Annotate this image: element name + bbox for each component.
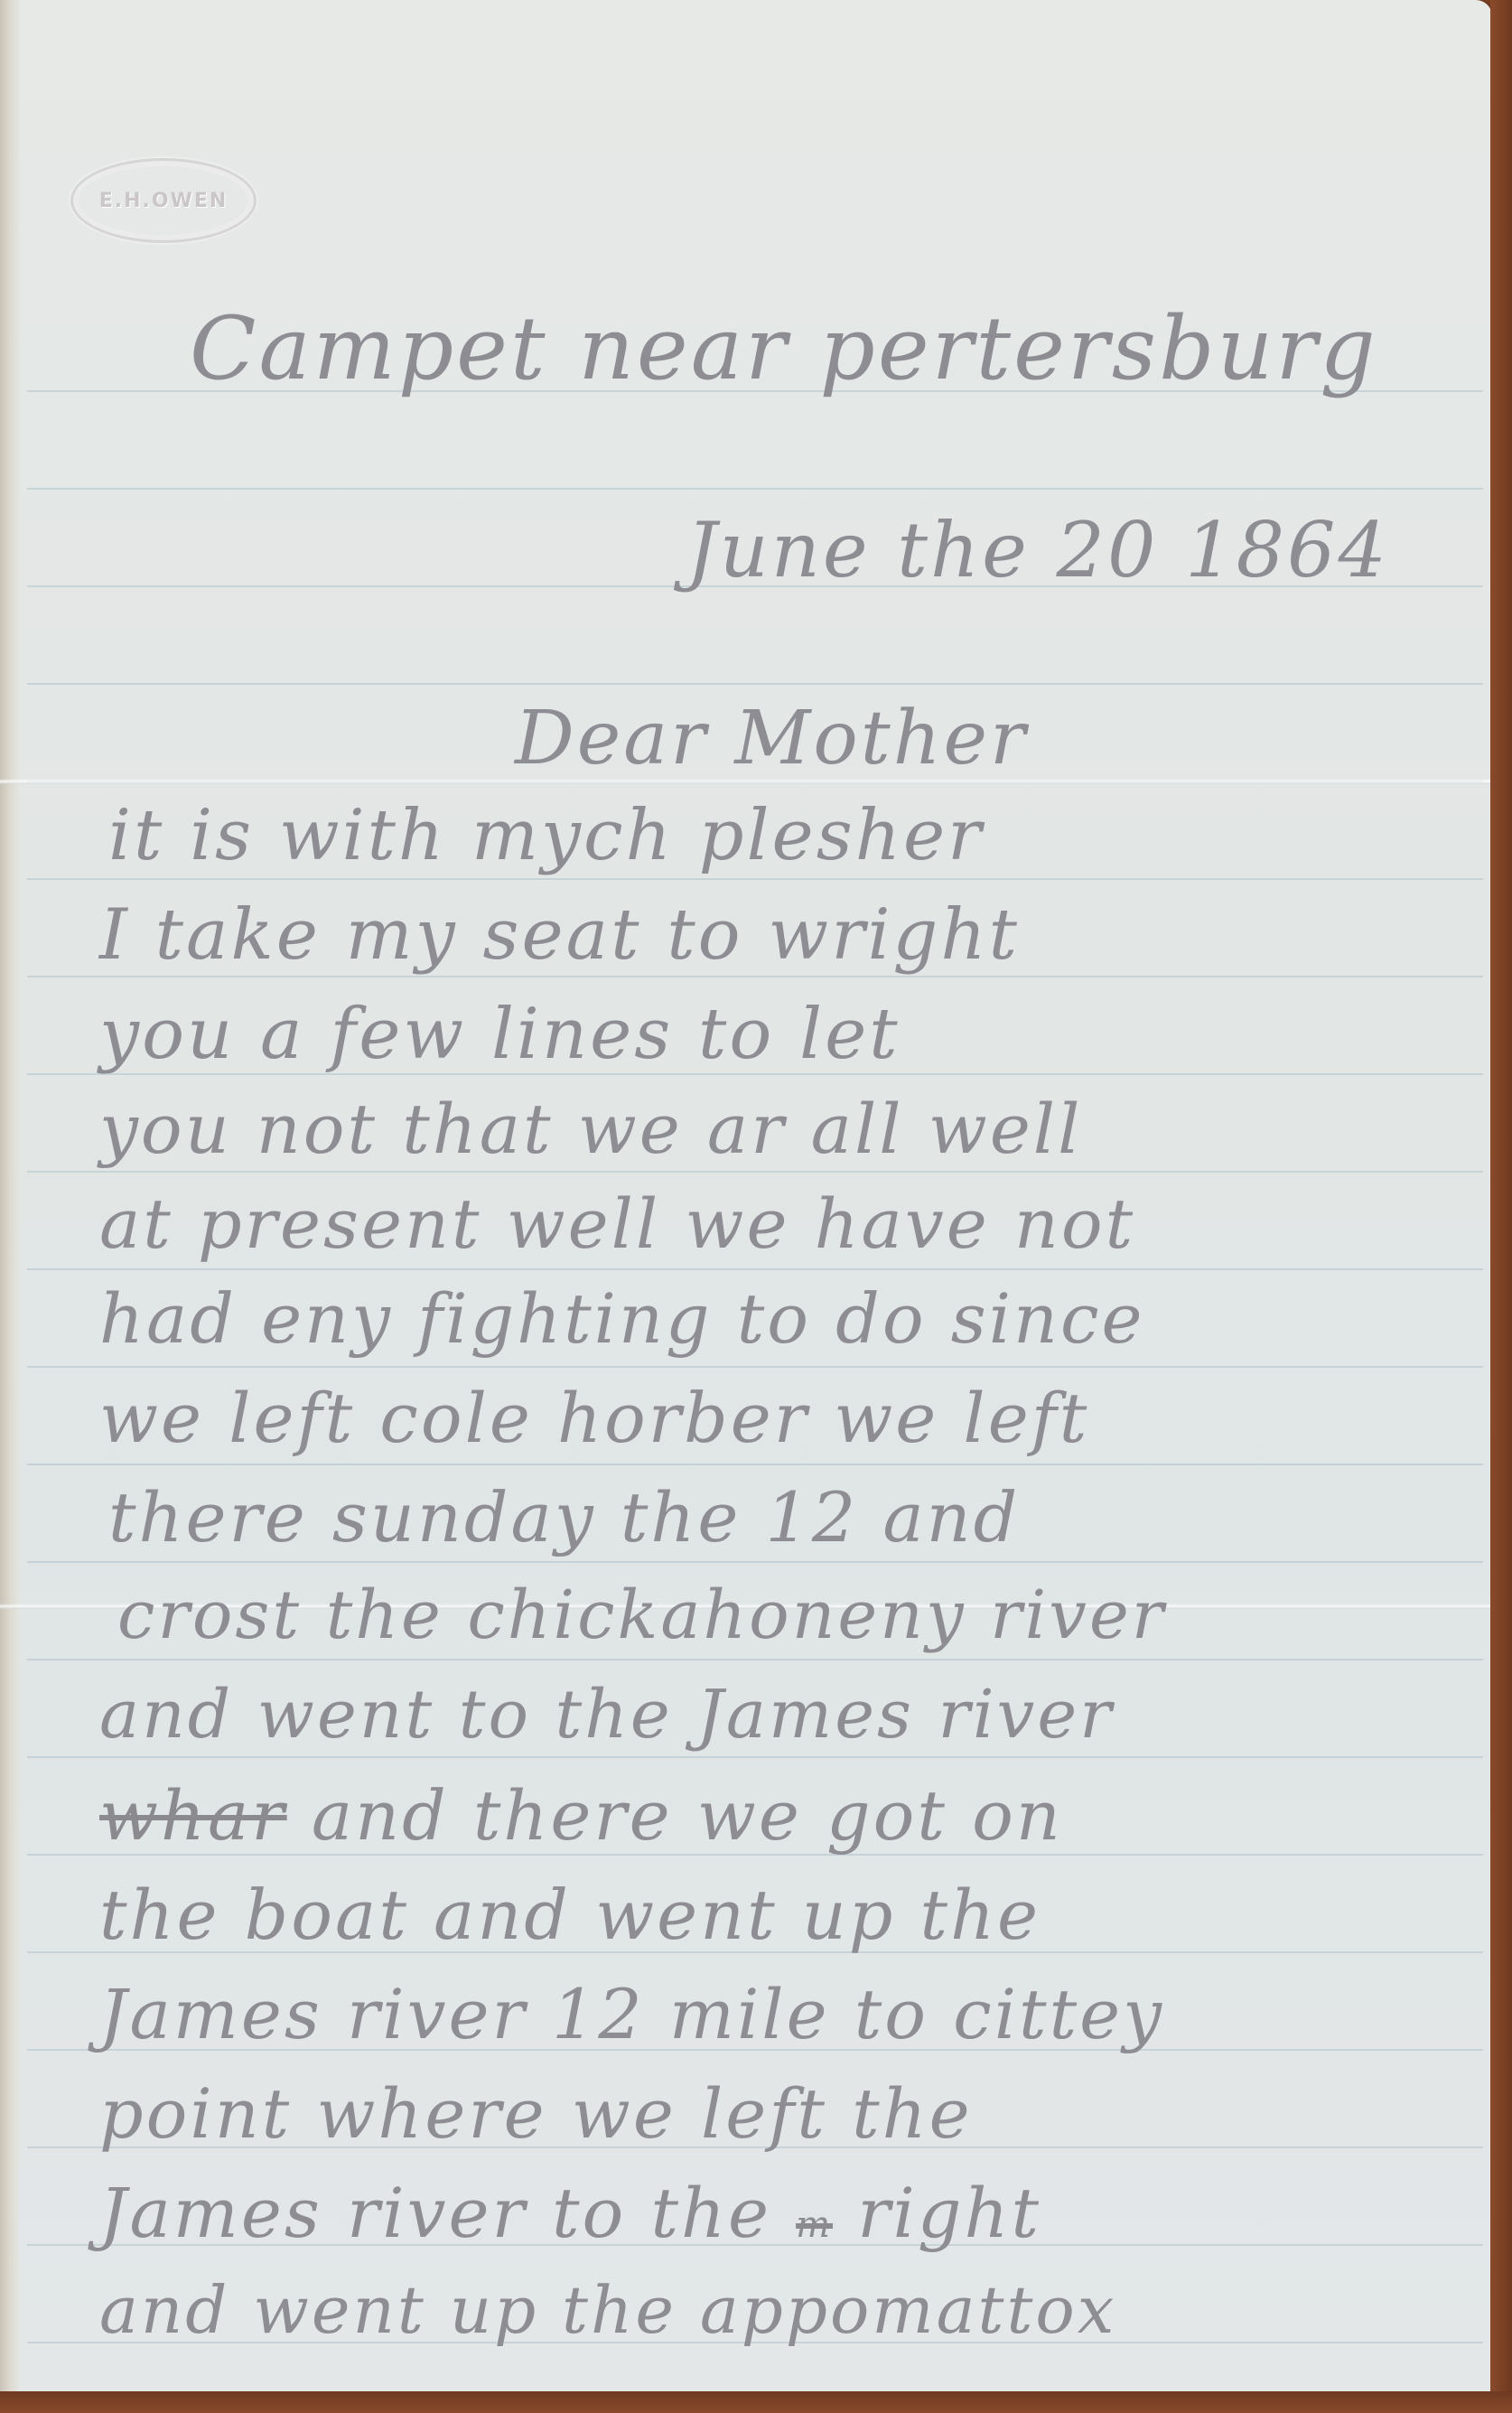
struck-word: m bbox=[796, 2204, 833, 2246]
letter-line: had eny fighting to do since bbox=[99, 1278, 1145, 1359]
letter-line-text: and there we got on bbox=[312, 1775, 1063, 1856]
ruled-line bbox=[27, 488, 1483, 490]
ruled-line bbox=[27, 878, 1483, 880]
letter-line: you not that we ar all well bbox=[99, 1089, 1082, 1169]
letter-line: I take my seat to wright bbox=[99, 894, 1020, 976]
ruled-line bbox=[27, 683, 1483, 685]
letter-line: the boat and went up the bbox=[99, 1875, 1041, 1955]
ruled-line bbox=[27, 1464, 1483, 1465]
ruled-line bbox=[27, 1561, 1483, 1563]
letter-line: and went up the appomattox bbox=[99, 2272, 1116, 2348]
letter-line: James river to the m right bbox=[99, 2173, 1041, 2253]
ruled-line bbox=[27, 1366, 1483, 1368]
wood-background-bottom bbox=[0, 2391, 1512, 2413]
ruled-line bbox=[27, 1659, 1483, 1660]
letter-line-text: right bbox=[857, 2173, 1041, 2253]
letter-line: James river 12 mile to cittey bbox=[99, 1974, 1164, 2054]
letter-line: whar and there we got on bbox=[99, 1775, 1063, 1856]
letter-line: and went to the James river bbox=[99, 1676, 1115, 1754]
ruled-line bbox=[27, 976, 1483, 977]
heading-date: June the 20 1864 bbox=[686, 506, 1389, 594]
ruled-line bbox=[27, 1756, 1483, 1758]
salutation: Dear Mother bbox=[515, 696, 1028, 781]
letter-line: we left cole horber we left bbox=[99, 1378, 1089, 1458]
stamp-text: E.H.OWEN bbox=[99, 190, 229, 212]
letter-line-text: James river to the bbox=[99, 2173, 771, 2253]
letter-line: there sunday the 12 and bbox=[108, 1477, 1020, 1557]
letter-line: crost the chickahoneny river bbox=[117, 1576, 1166, 1654]
struck-word: whar bbox=[99, 1775, 287, 1856]
letter-line: it is with mych plesher bbox=[108, 795, 984, 876]
wood-background-right bbox=[1490, 0, 1512, 2413]
ruled-line bbox=[27, 1171, 1483, 1173]
torn-left-edge bbox=[0, 0, 20, 2394]
embossed-stationer-stamp: E.H.OWEN bbox=[70, 158, 257, 243]
ruled-line bbox=[27, 1268, 1483, 1270]
heading-place: Campet near pertersburg bbox=[190, 298, 1378, 399]
letter-line: you a few lines to let bbox=[99, 994, 901, 1075]
letter-line: point where we left the bbox=[99, 2073, 973, 2154]
letter-line: at present well we have not bbox=[99, 1183, 1135, 1264]
letter-page: E.H.OWEN Campet near pertersburg June th… bbox=[0, 0, 1492, 2394]
